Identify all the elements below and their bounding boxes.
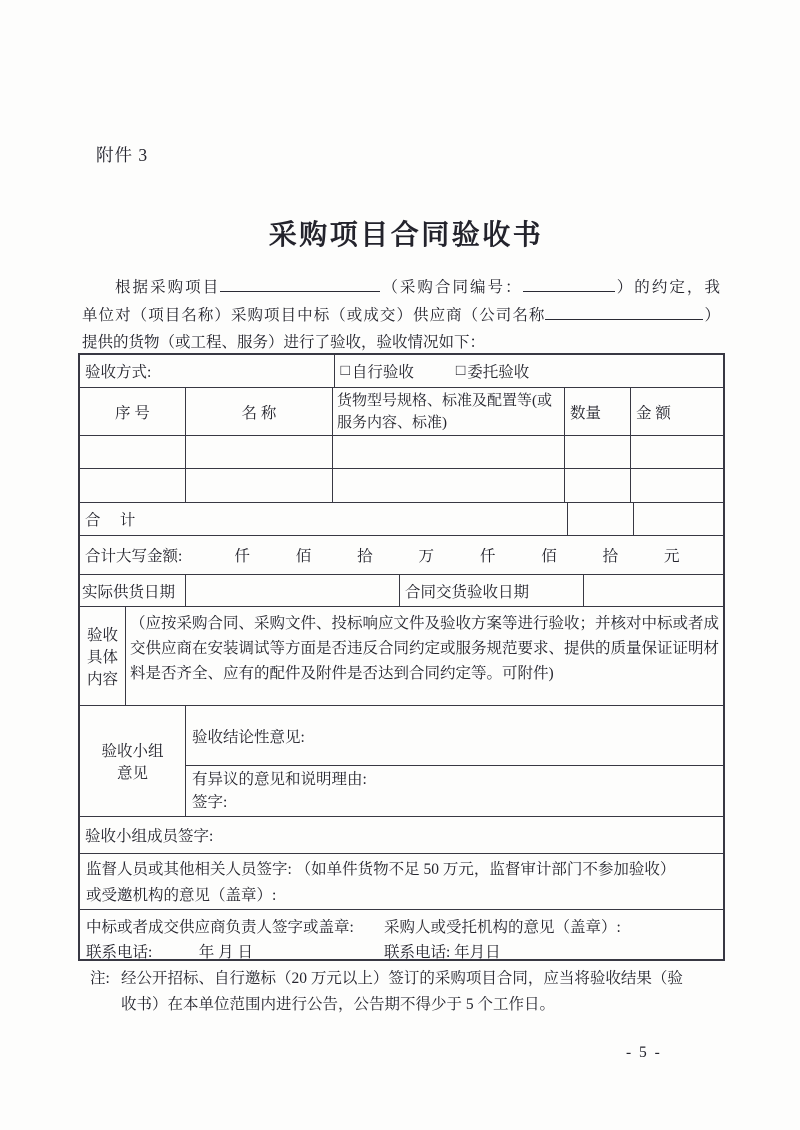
total-row: 合 计 (80, 502, 723, 535)
intro-line2-close: ） (703, 307, 720, 324)
item-cell-spec (332, 469, 564, 502)
footnote-text: 经公开招标、自行邀标（20 万元以上）签订的采购项目合同，应当将验收结果（验 收… (121, 966, 728, 1017)
header-seq: 序 号 (80, 388, 185, 435)
header-quantity: 数量 (564, 388, 630, 435)
intro-line-1: 根据采购项目（采购合同编号：）的约定，我 (82, 274, 720, 302)
acceptance-detail-label: 验收具体 内容 (80, 607, 125, 705)
blank-contract-number (523, 277, 615, 292)
contract-delivery-value-cell (583, 575, 723, 606)
members-signature-row: 验收小组成员签字: (80, 816, 723, 853)
item-row (80, 435, 723, 468)
blank-company-name (545, 305, 703, 320)
page-title: 采购项目合同验收书 (0, 213, 800, 253)
blank-project-name (220, 277, 380, 292)
responsible-signature-cell: 中标或者成交供应商负责人签字或盖章: 联系电话: 年 月 日 采购人或受托机构的… (80, 910, 723, 959)
panel-opinion-label: 验收小组 意见 (80, 706, 185, 816)
total-amount-cell (633, 503, 723, 535)
checkbox-icon: □ (341, 362, 350, 380)
checkbox-self-acceptance: □自行验收 (341, 360, 414, 382)
acceptance-detail-content: （应按采购合同、采购文件、投标响应文件及验收方案等进行验收；并核对中标或者成交供… (125, 607, 723, 705)
page-number: - 5 - (626, 1044, 662, 1062)
item-cell-spec (332, 436, 564, 468)
checkbox-self-label: 自行验收 (352, 360, 414, 382)
items-header-row: 序 号 名 称 货物型号规格、标准及配置等(或 服务内容、标准) 数量 金 额 (80, 387, 723, 435)
item-row (80, 468, 723, 502)
supervisor-signature-text: 监督人员或其他相关人员签字: （如单件货物不足 50 万元，监督审计部门不参加验… (80, 854, 723, 909)
header-amount: 金 额 (630, 388, 723, 435)
item-cell-seq (80, 469, 185, 502)
panel-objection-label: 有异议的意见和说明理由: 签字: (186, 765, 723, 816)
item-cell-seq (80, 436, 185, 468)
checkbox-entrust-acceptance: □委托验收 (456, 360, 529, 382)
item-cell-name (185, 469, 332, 502)
supervisor-signature-row: 监督人员或其他相关人员签字: （如单件货物不足 50 万元，监督审计部门不参加验… (80, 853, 723, 909)
scanned-document-page: 附件 3 采购项目合同验收书 根据采购项目（采购合同编号：）的约定，我 单位对（… (0, 0, 800, 1130)
total-label: 合 计 (80, 503, 567, 535)
item-cell-amount (630, 436, 723, 468)
acceptance-detail-row: 验收具体 内容 （应按采购合同、采购文件、投标响应文件及验收方案等进行验收；并核… (80, 606, 723, 705)
panel-opinion-row: 验收小组 意见 验收结论性意见: 有异议的意见和说明理由: 签字: (80, 705, 723, 816)
actual-delivery-value-cell (185, 575, 399, 606)
amount-in-words-cell: 合计大写金额: 仟 佰 拾 万 仟 佰 拾 元 (80, 536, 723, 574)
delivery-date-row: 实际供货日期 合同交货验收日期 (80, 574, 723, 606)
members-signature-label: 验收小组成员签字: (80, 817, 723, 853)
intro-line1-suffix: ）的约定，我 (615, 279, 720, 296)
panel-conclusion-label: 验收结论性意见: (186, 706, 723, 765)
attachment-label: 附件 3 (96, 142, 148, 167)
supplier-signature-block: 中标或者成交供应商负责人签字或盖章: 联系电话: 年 月 日 (86, 915, 384, 959)
checkbox-icon: □ (456, 362, 465, 380)
amount-in-words-row: 合计大写金额: 仟 佰 拾 万 仟 佰 拾 元 (80, 535, 723, 574)
actual-delivery-label: 实际供货日期 (80, 575, 185, 606)
total-quantity-cell (567, 503, 633, 535)
intro-paragraph: 根据采购项目（采购合同编号：）的约定，我 单位对（项目名称）采购项目中标（或成交… (82, 274, 720, 357)
contract-delivery-label: 合同交货验收日期 (399, 575, 583, 606)
acceptance-method-label: 验收方式: (80, 355, 334, 387)
intro-line2-text: 单位对（项目名称）采购项目中标（或成交）供应商（公司名称 (82, 307, 545, 324)
footnote: 注: 经公开招标、自行邀标（20 万元以上）签订的采购项目合同，应当将验收结果（… (90, 966, 728, 1017)
intro-line-2: 单位对（项目名称）采购项目中标（或成交）供应商（公司名称） (82, 302, 720, 330)
header-spec: 货物型号规格、标准及配置等(或 服务内容、标准) (332, 388, 564, 435)
intro-line1-mid: （采购合同编号： (380, 279, 522, 296)
acceptance-table: 验收方式: □自行验收 □委托验收 序 号 名 称 货物型号规格、标准及配置等(… (78, 353, 725, 961)
amount-in-words-label: 合计大写金额: (85, 544, 182, 566)
item-cell-quantity (564, 436, 630, 468)
amount-in-words-units: 仟 佰 拾 万 仟 佰 拾 元 (234, 544, 679, 566)
acceptance-method-options: □自行验收 □委托验收 (334, 355, 724, 387)
responsible-signature-row: 中标或者成交供应商负责人签字或盖章: 联系电话: 年 月 日 采购人或受托机构的… (80, 909, 723, 959)
header-name: 名 称 (185, 388, 332, 435)
acceptance-method-row: 验收方式: □自行验收 □委托验收 (80, 355, 723, 387)
footnote-prefix: 注: (90, 966, 121, 1017)
intro-line1-prefix: 根据采购项目 (115, 279, 220, 296)
item-cell-amount (630, 469, 723, 502)
item-cell-quantity (564, 469, 630, 502)
item-cell-name (185, 436, 332, 468)
checkbox-entrust-label: 委托验收 (467, 360, 529, 382)
panel-opinion-content: 验收结论性意见: 有异议的意见和说明理由: 签字: (185, 706, 723, 816)
purchaser-opinion-block: 采购人或受托机构的意见（盖章）: 联系电话: 年月日 (384, 915, 717, 959)
